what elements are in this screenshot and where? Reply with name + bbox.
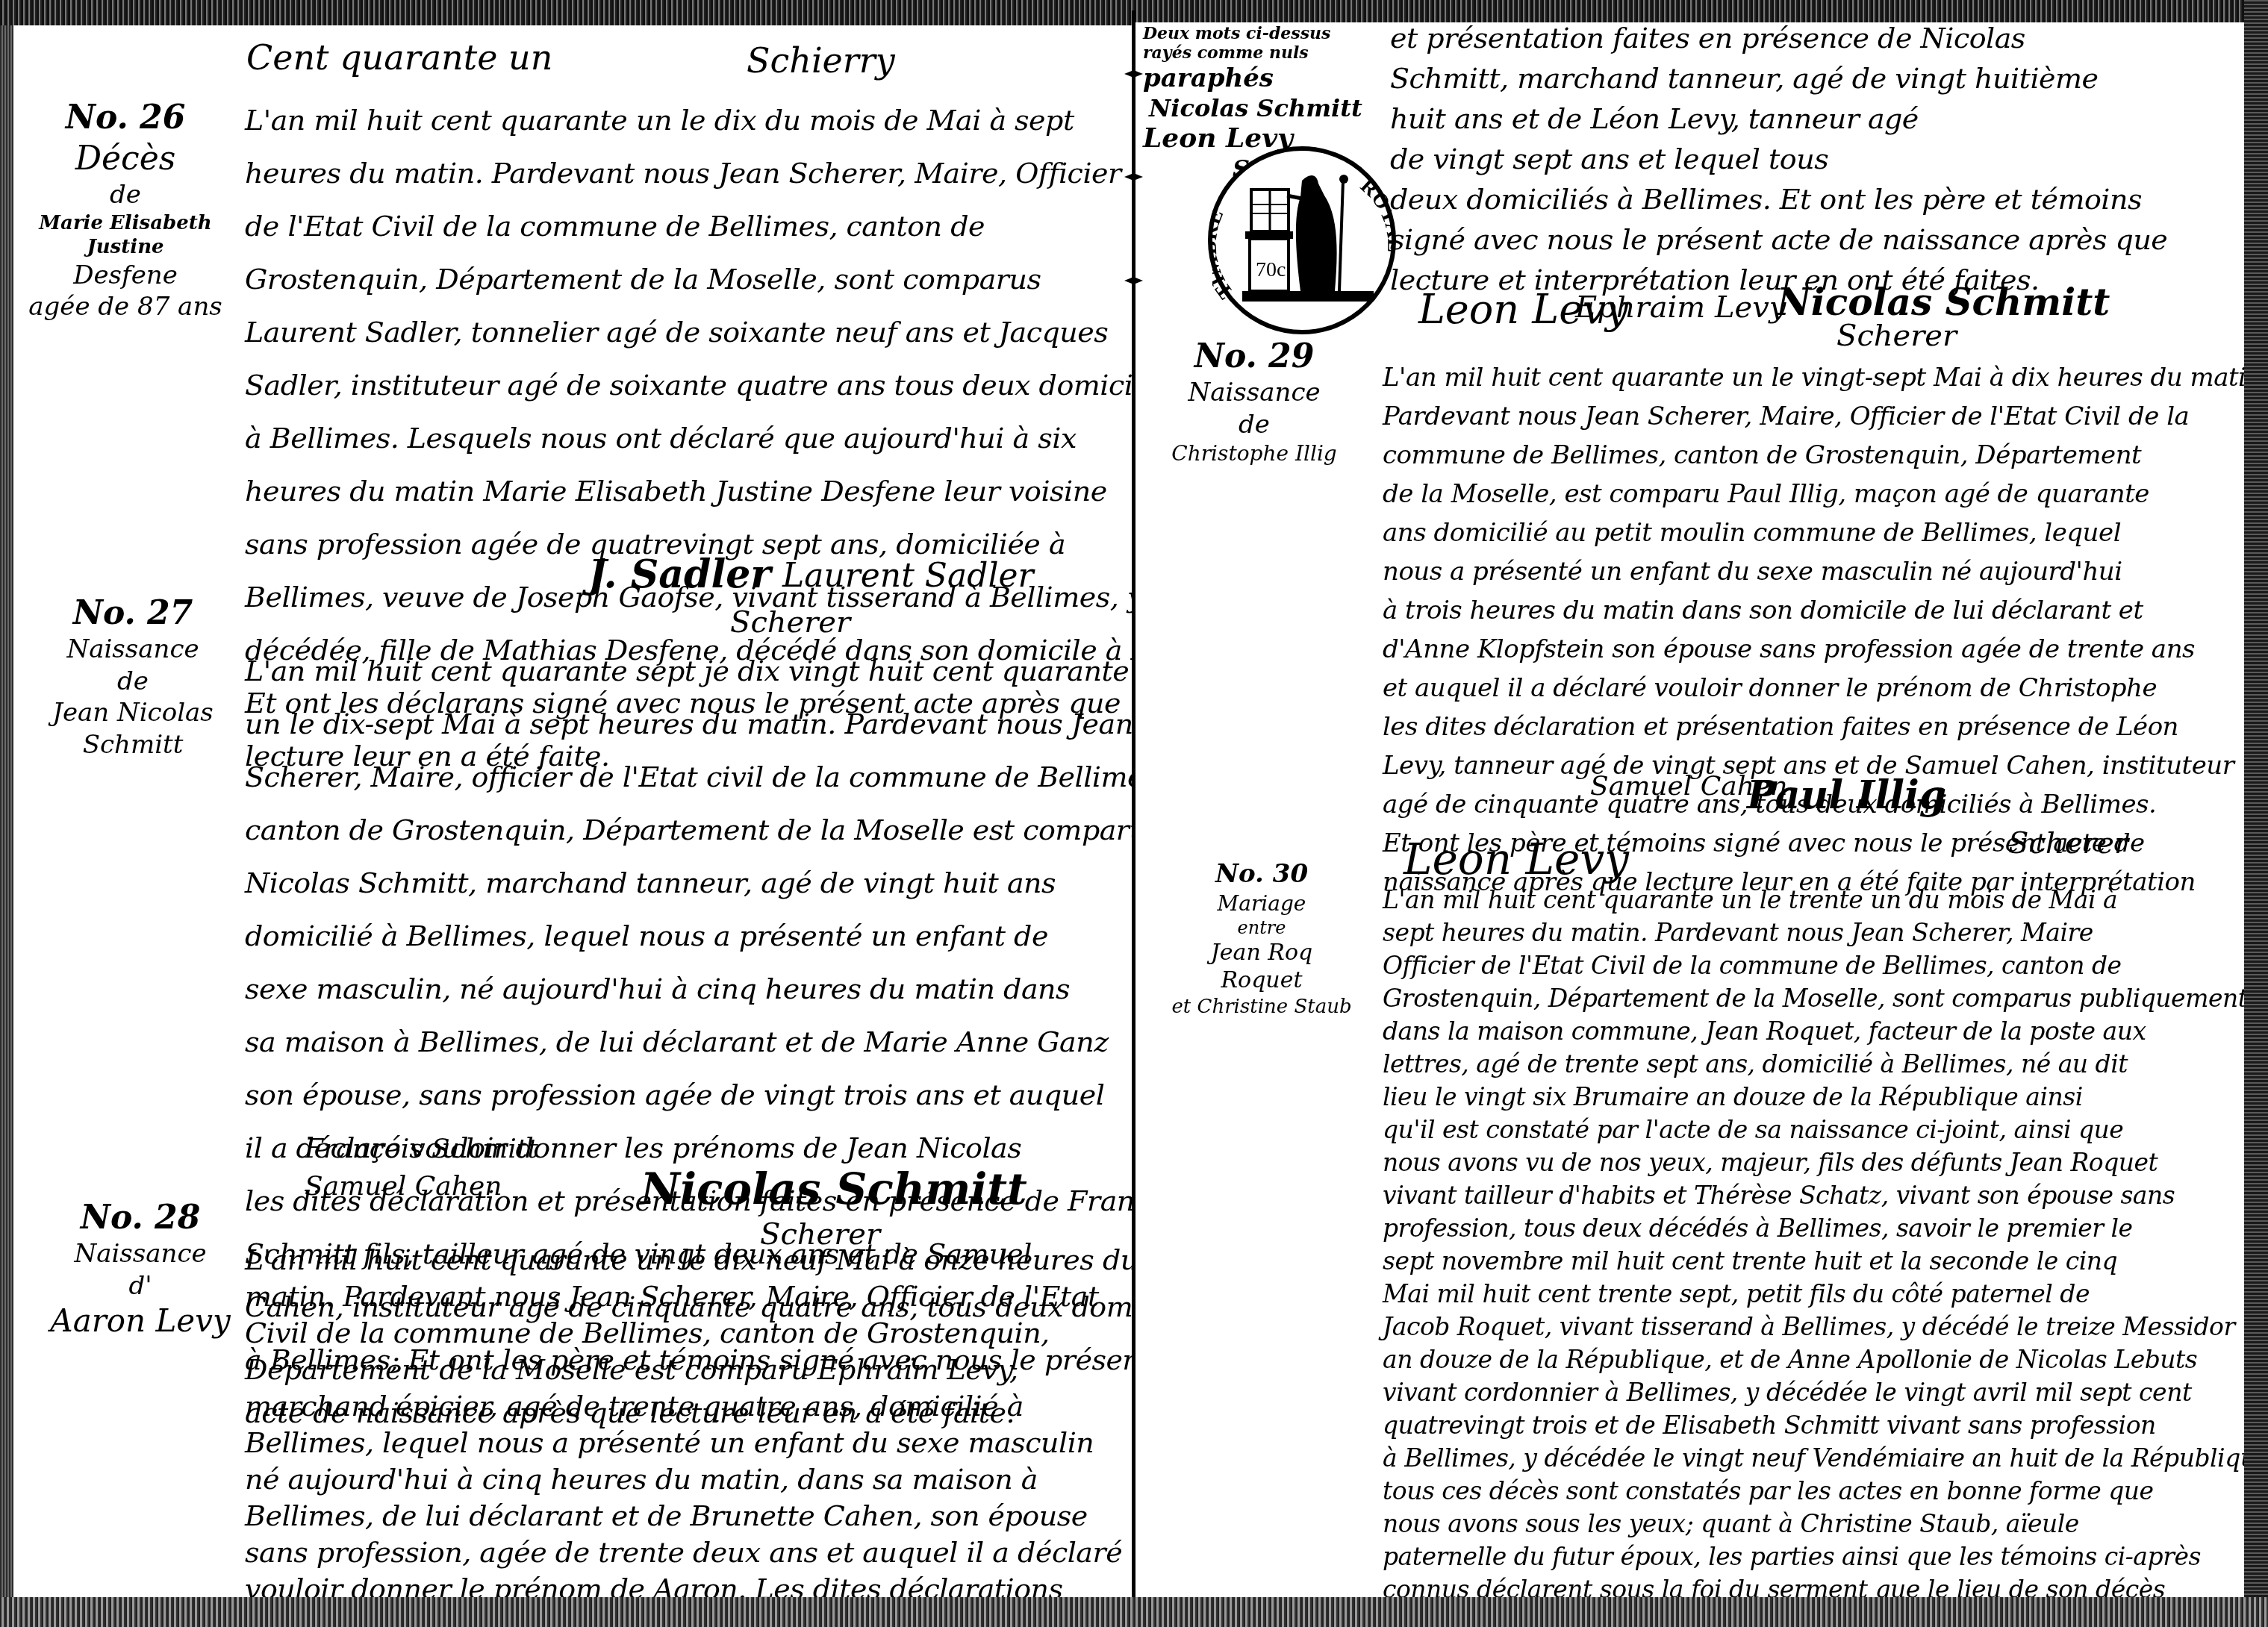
text-line: Officier de l'Etat Civil de la commune d…	[1383, 949, 2268, 982]
text-line: et auquel il a déclaré vouloir donner le…	[1383, 669, 2262, 708]
text-line: vivant cordonnier à Bellimes, y décédée …	[1383, 1376, 2268, 1409]
signature: Scherer	[730, 608, 850, 637]
text-line: vouloir donner le prénom de Aaron. Les d…	[245, 1571, 1132, 1599]
text-line: L'an mil huit cent quarante un le dix ne…	[245, 1242, 1132, 1278]
text-line: nous a présenté un enfant du sexe mascul…	[1383, 552, 2262, 591]
text-line: vivant tailleur d'habits et Thérèse Scha…	[1383, 1179, 2268, 1212]
signature: J. Sadler	[588, 555, 771, 594]
margin-text: entre	[1150, 916, 1374, 939]
text-line: Mai mil huit cent trente sept, petit fil…	[1383, 1278, 2268, 1311]
margin-title: Mariage	[1150, 890, 1374, 916]
text-line: Schmitt, marchand tanneur, agé de vingt …	[1390, 58, 2167, 99]
text-line: sans profession, agée de trente deux ans…	[245, 1534, 1132, 1571]
margin-text: Roquet	[1150, 966, 1374, 995]
margin-text: Jean Nicolas	[21, 697, 245, 729]
margin-text: Aaron Levy	[28, 1302, 252, 1341]
text-line: canton de Grostenquin, Département de la…	[245, 804, 1132, 857]
margin-text: de	[1142, 409, 1366, 441]
text-line: sept novembre mil huit cent trente huit …	[1383, 1245, 2268, 1278]
entry-26-margin: No. 26 Décès de Marie Elisabeth Justine …	[13, 97, 237, 323]
margin-text: rayés comme nuls	[1143, 43, 1389, 63]
text-line: heures du matin Marie Elisabeth Justine …	[245, 465, 1132, 518]
entry-29-body: L'an mil huit cent quarante un le vingt-…	[1383, 358, 2262, 902]
text-line: nous avons sous les yeux; quant à Christ…	[1383, 1508, 2268, 1540]
text-line: Grostenquin, Département de la Moselle, …	[1383, 982, 2268, 1015]
signature: Nicolas Schmitt	[1149, 94, 1362, 122]
entry-27-margin: No. 27 Naissance de Jean Nicolas Schmitt	[21, 593, 245, 761]
binding-gutter	[1132, 10, 1135, 1617]
text-line: Bellimes, de lui déclarant et de Brunett…	[245, 1498, 1132, 1534]
margin-title: Naissance	[21, 634, 245, 666]
text-line: L'an mil huit cent quarante un le vingt-…	[1383, 358, 2262, 397]
page-header-left: Cent quarante un	[246, 40, 552, 75]
signature: Nicolas Schmitt	[641, 1167, 1027, 1211]
text-line: dans la maison commune, Jean Roquet, fac…	[1383, 1015, 2268, 1048]
margin-text: Schmitt	[21, 729, 245, 761]
entry-number: No. 27	[21, 593, 245, 634]
entry-number: No. 30	[1150, 858, 1374, 890]
margin-text: Deux mots ci-dessus	[1143, 24, 1389, 43]
text-line: un le dix-sept Mai à sept heures du mati…	[245, 698, 1132, 751]
text-line: Pardevant nous Jean Scherer, Maire, Offi…	[1383, 397, 2262, 436]
text-line: commune de Bellimes, canton de Grostenqu…	[1383, 436, 2262, 475]
entry-number: No. 28	[28, 1197, 252, 1238]
scan-border-bottom	[0, 1597, 2268, 1627]
text-line: sept heures du matin. Pardevant nous Jea…	[1383, 916, 2268, 949]
text-line: à Bellimes, y décédée le vingt neuf Vend…	[1383, 1442, 2268, 1475]
text-line: deux domiciliés à Bellimes. Et ont les p…	[1390, 179, 2167, 219]
margin-text: Marie Elisabeth Justine	[13, 211, 237, 260]
text-line: an douze de la République, et de Anne Ap…	[1383, 1343, 2268, 1376]
entry-number: No. 29	[1142, 336, 1366, 377]
signature: Scherer	[1836, 321, 1957, 351]
entry-28-continuation: et présentation faites en présence de Ni…	[1390, 18, 2167, 300]
stamp-figure-icon: TIMBRE ROYAL 70c	[1212, 151, 1392, 330]
text-line: ans domicilié au petit moulin commune de…	[1383, 513, 2262, 552]
text-line: nous avons vu de nos yeux, majeur, fils …	[1383, 1146, 2268, 1179]
text-line: de vingt sept ans et lequel tous	[1390, 139, 2167, 179]
text-line: à Bellimes. Lesquels nous ont déclaré qu…	[245, 412, 1132, 465]
text-line: Nicolas Schmitt, marchand tanneur, agé d…	[245, 857, 1132, 910]
text-line: marchand épicier, agé de trente quatre a…	[245, 1388, 1132, 1425]
entry-number: No. 26	[13, 97, 237, 138]
text-line: lieu le vingt six Brumaire an douze de l…	[1383, 1081, 2268, 1114]
entry-29-margin: No. 29 Naissance de Christophe Illig	[1142, 336, 1366, 466]
text-line: sa maison à Bellimes, de lui déclarant e…	[245, 1016, 1132, 1069]
text-line: de l'Etat Civil de la commune de Bellime…	[245, 200, 1132, 253]
svg-text:TIMBRE: TIMBRE	[1212, 206, 1238, 303]
signature: Laurent Sadler	[782, 560, 1034, 593]
text-line: à trois heures du matin dans son domicil…	[1383, 591, 2262, 630]
signature: François Schmitt	[305, 1136, 538, 1163]
svg-text:ROYAL: ROYAL	[1356, 175, 1392, 253]
left-page: Cent quarante un Schierry No. 26 Décès d…	[13, 25, 1132, 1599]
text-line: Scherer, Maire, officier de l'Etat civil…	[245, 751, 1132, 804]
text-line: signé avec nous le présent acte de naiss…	[1390, 219, 2167, 260]
text-line: et présentation faites en présence de Ni…	[1390, 18, 2167, 58]
signature: Paul Illig	[1747, 776, 1946, 815]
text-line: L'an mil huit cent quarante un le trente…	[1383, 884, 2268, 916]
signature: Nicolas Schmitt	[1777, 284, 2110, 321]
text-line: Jacob Roquet, vivant tisserand à Bellime…	[1383, 1311, 2268, 1343]
text-line: Département de la Moselle est comparu Ep…	[245, 1352, 1132, 1388]
text-line: heures du matin. Pardevant nous Jean Sch…	[245, 147, 1132, 200]
text-line: tous ces décès sont constatés par les ac…	[1383, 1475, 2268, 1508]
margin-title: Naissance	[1142, 377, 1366, 409]
text-line: Laurent Sadler, tonnelier agé de soixant…	[245, 306, 1132, 359]
svg-text:70c: 70c	[1256, 258, 1286, 281]
signature: Leon Levy	[1404, 837, 1629, 881]
margin-title: Décès	[13, 138, 237, 179]
text-line: quatrevingt trois et de Elisabeth Schmit…	[1383, 1409, 2268, 1442]
text-line: de la Moselle, est comparu Paul Illig, m…	[1383, 475, 2262, 513]
margin-text: de	[21, 666, 245, 698]
text-line: L'an mil huit cent quarante un le dix du…	[245, 94, 1132, 147]
entry-28-margin: No. 28 Naissance d' Aaron Levy	[28, 1197, 252, 1341]
margin-text: Desfene	[13, 260, 237, 292]
scan-border-right	[2244, 0, 2268, 1627]
margin-text: Jean Roq	[1150, 939, 1374, 967]
page-header-right: Schierry	[747, 43, 895, 78]
signature: Samuel Cahen	[305, 1173, 502, 1200]
text-line: paternelle du futur époux, les parties a…	[1383, 1540, 2268, 1573]
entry-28-body: L'an mil huit cent quarante un le dix ne…	[245, 1242, 1132, 1599]
margin-text: agée de 87 ans	[13, 291, 237, 323]
signature: Ephraim Levy	[1575, 293, 1786, 322]
margin-text: et Christine Staub	[1150, 995, 1374, 1019]
royal-stamp: TIMBRE ROYAL 70c	[1208, 146, 1396, 334]
text-line: matin. Pardevant nous Jean Scherer, Mair…	[245, 1278, 1132, 1315]
text-line: Bellimes, lequel nous a présenté un enfa…	[245, 1425, 1132, 1461]
text-line: Sadler, instituteur agé de soixante quat…	[245, 359, 1132, 412]
text-line: Civil de la commune de Bellimes, canton …	[245, 1315, 1132, 1352]
text-line: les dites déclaration et présentation fa…	[1383, 708, 2262, 746]
margin-text: d'	[28, 1270, 252, 1302]
margin-text: de	[13, 179, 237, 211]
text-line: L'an mil huit cent quarante sept je dix …	[245, 645, 1132, 698]
text-line: domicilié à Bellimes, lequel nous a prés…	[245, 910, 1132, 963]
entry-30-body: L'an mil huit cent quarante un le trente…	[1383, 884, 2268, 1606]
text-line: profession, tous deux décédés à Bellimes…	[1383, 1212, 2268, 1245]
text-line: sexe masculin, né aujourd'hui à cinq heu…	[245, 963, 1132, 1016]
signature: Leon Levy	[1143, 122, 1389, 154]
text-line: d'Anne Klopfstein son épouse sans profes…	[1383, 630, 2262, 669]
text-line: son épouse, sans profession agée de ving…	[245, 1069, 1132, 1122]
margin-text: Christophe Illig	[1142, 440, 1366, 466]
margin-title: Naissance	[28, 1238, 252, 1270]
entry-30-margin: No. 30 Mariage entre Jean Roq Roquet et …	[1150, 858, 1374, 1019]
register-spread: Cent quarante un Schierry No. 26 Décès d…	[0, 0, 2268, 1627]
text-line: Grostenquin, Département de la Moselle, …	[245, 253, 1132, 306]
text-line: huit ans et de Léon Levy, tanneur agé	[1390, 99, 2167, 139]
text-line: lettres, agé de trente sept ans, domicil…	[1383, 1048, 2268, 1081]
signature: Scherer	[2008, 828, 2128, 858]
margin-text: paraphés	[1143, 63, 1274, 94]
text-line: né aujourd'hui à cinq heures du matin, d…	[245, 1461, 1132, 1498]
text-line: qu'il est constaté par l'acte de sa nais…	[1383, 1114, 2268, 1146]
